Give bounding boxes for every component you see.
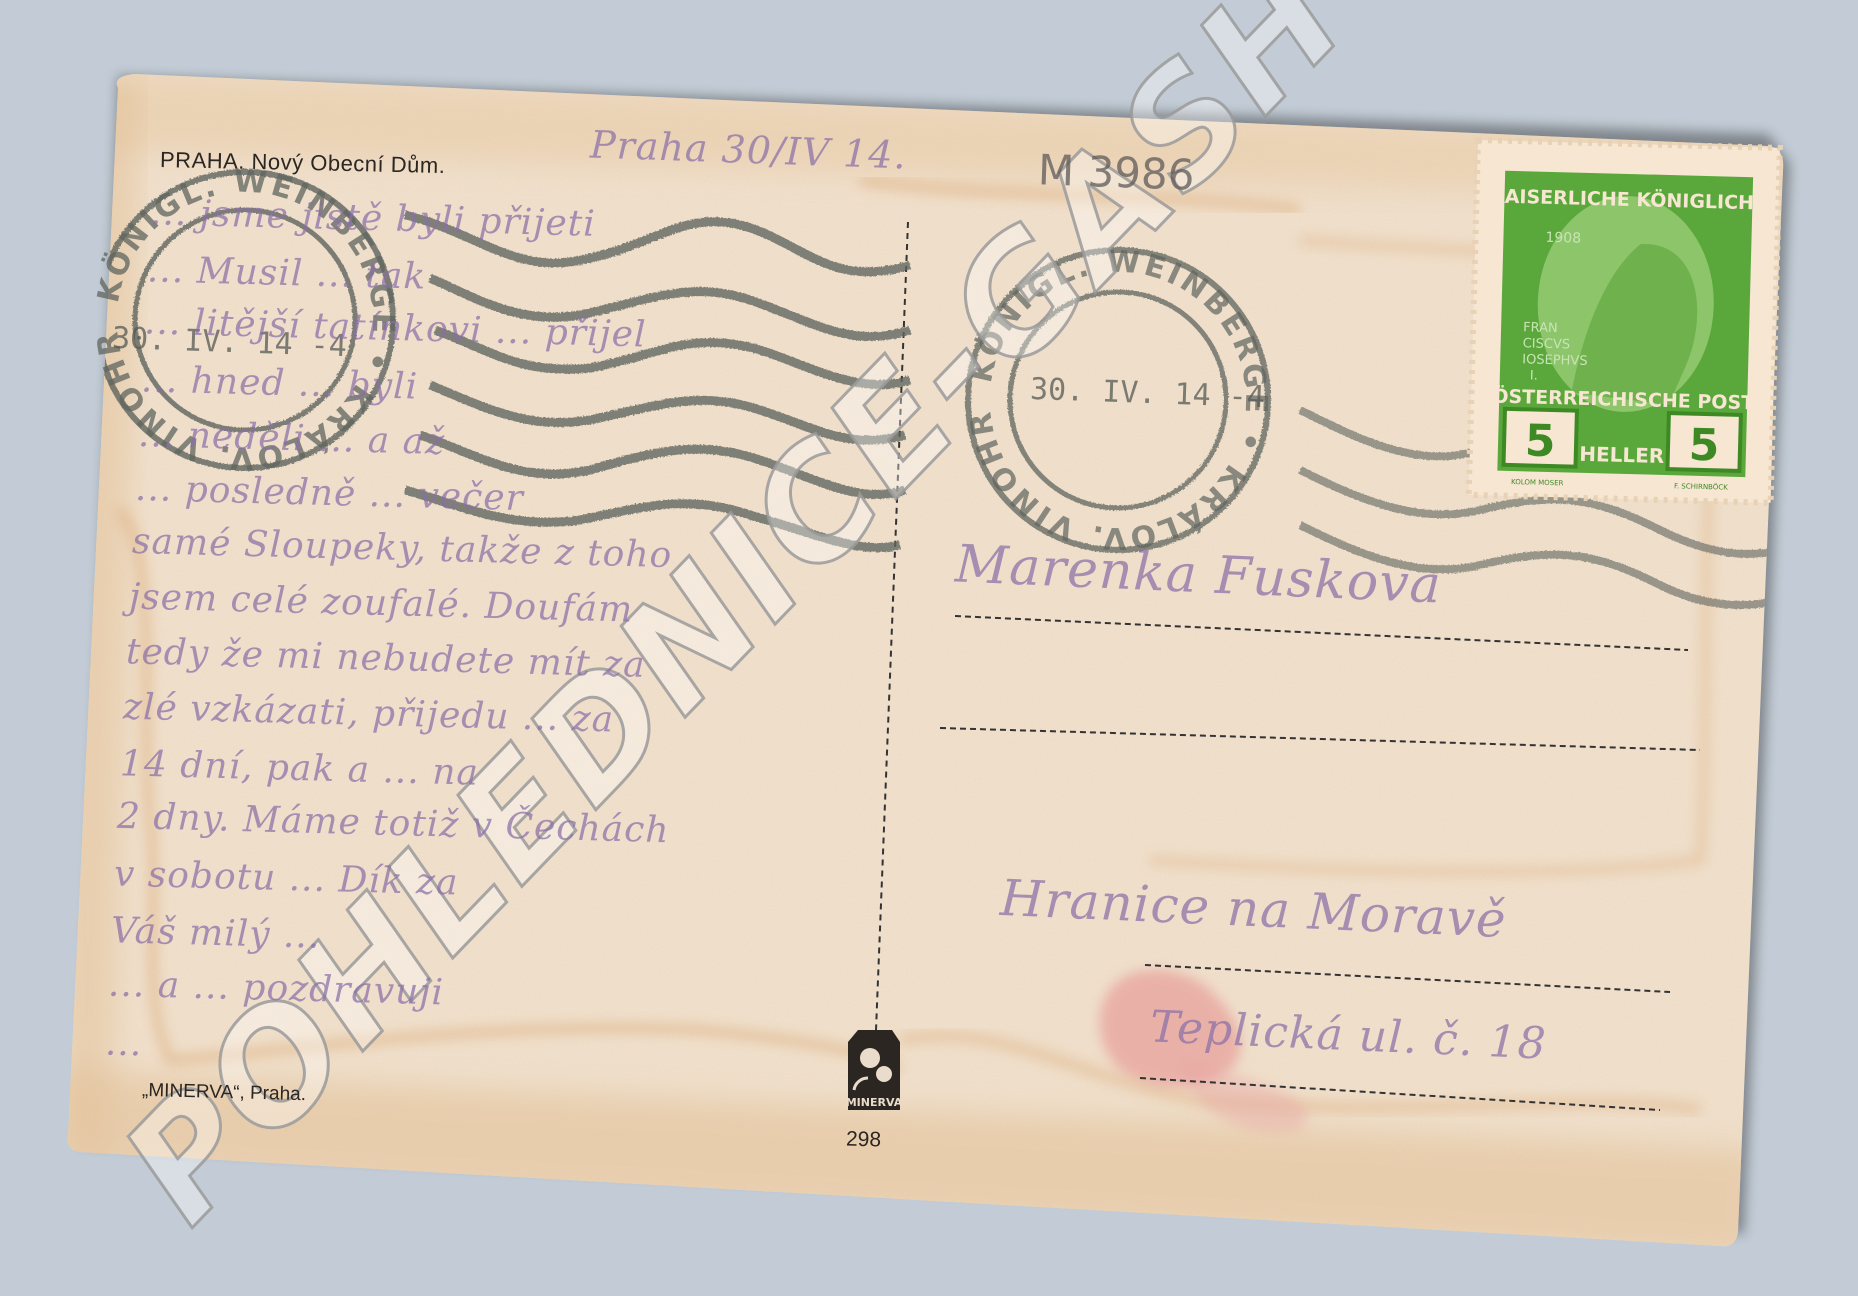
svg-text:5: 5 [1524, 415, 1556, 467]
svg-text:CISCVS: CISCVS [1522, 336, 1570, 352]
svg-text:I.: I. [1530, 368, 1538, 383]
svg-text:KOLOM MOSER: KOLOM MOSER [1511, 478, 1564, 487]
svg-text:HELLER: HELLER [1579, 442, 1665, 468]
svg-text:IOSEPHVS: IOSEPHVS [1522, 352, 1588, 369]
message-line: ... neděli ... a až [138, 414, 446, 463]
pencil-catalog-note: M 3986 [1037, 145, 1195, 199]
message-line: ... hned ... byli [141, 359, 419, 407]
minerva-logo: MINERVA [846, 1030, 903, 1110]
message-line: ... [104, 1023, 142, 1065]
svg-text:5: 5 [1688, 420, 1720, 472]
postage-stamp: 5 5 HELLER KAISERLICHE KÖNIGLICHE ÖSTERR… [1469, 140, 1780, 503]
svg-text:F. SCHIRNBÖCK: F. SCHIRNBÖCK [1674, 481, 1728, 491]
svg-text:FRAN: FRAN [1523, 320, 1558, 336]
message-line: ... Musil ... tak [147, 249, 427, 297]
svg-text:1908: 1908 [1545, 230, 1581, 247]
card-number: 298 [846, 1128, 882, 1153]
postcard-scene: KÖNIGL. WEINBERGE • KRÁLOV. VINOHRADY 1 … [0, 0, 1858, 1296]
publisher-credit: „MINERVA“, Praha. [142, 1080, 307, 1106]
message-line: Váš milý ... [110, 910, 320, 956]
svg-text:MINERVA: MINERVA [846, 1096, 903, 1109]
message-line: ... a ... pozdravuji [108, 964, 445, 1014]
